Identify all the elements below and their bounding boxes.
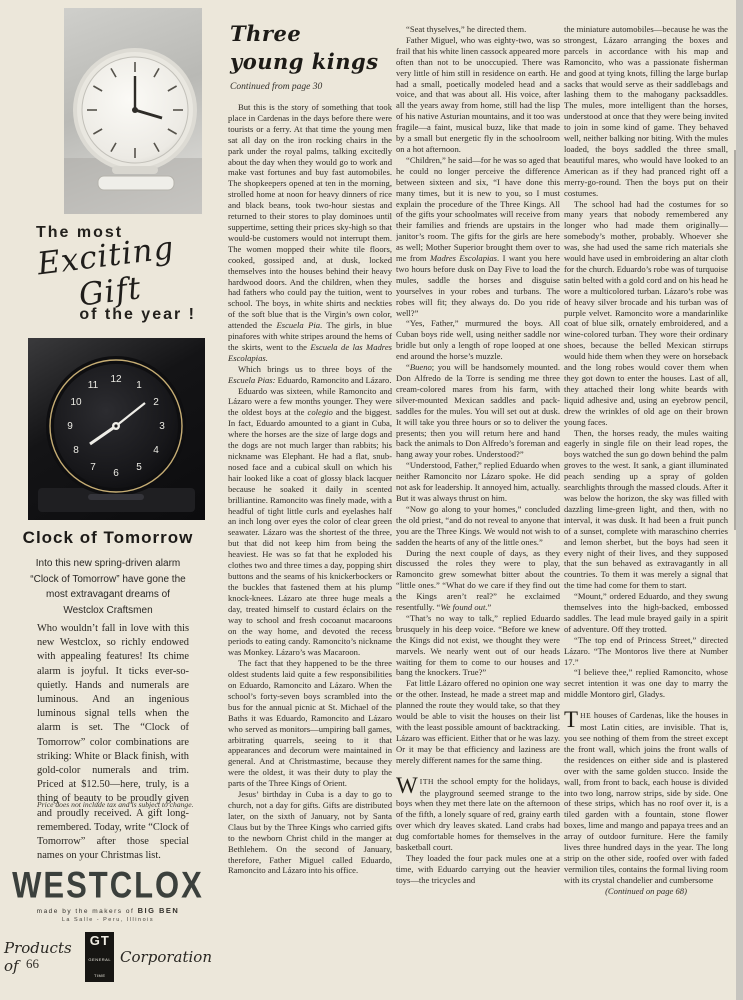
svg-text:10: 10	[70, 397, 82, 408]
paragraph: “The top end of Princess Street,” direct…	[564, 635, 728, 668]
general-time-logo: GT GENERAL TIME	[85, 932, 114, 982]
location-line: La Salle - Peru, Illinois	[4, 917, 212, 923]
drop-cap: W	[396, 776, 420, 795]
paragraph: Which brings us to three boys of the Esc…	[228, 364, 392, 386]
paragraph: They loaded the four pack mules one at a…	[396, 853, 560, 886]
paragraph: “Understood, Father,” replied Eduardo wh…	[396, 460, 560, 504]
svg-text:1: 1	[136, 380, 142, 391]
paragraph: The fact that they happened to be the th…	[228, 658, 392, 789]
ad-caption: Into this new spring-driven alarm “Clock…	[4, 556, 212, 618]
made-by-line: made by the makers of BIG BEN	[4, 906, 212, 915]
lead-capitals: ITH	[420, 777, 434, 786]
svg-text:12: 12	[110, 374, 122, 385]
svg-text:3: 3	[159, 421, 165, 432]
big-ben-name: BIG BEN	[138, 906, 180, 915]
paragraph: THE houses of Cardenas, like the houses …	[564, 710, 728, 886]
article-column-2: “Seat thyselves,” he directed them.Fathe…	[396, 24, 560, 990]
paragraph: Then, the horses ready, the mules waitin…	[564, 428, 728, 592]
paragraph: “That’s no way to talk,” replied Eduardo…	[396, 613, 560, 678]
article-title-line1: Three	[230, 20, 379, 48]
svg-text:7: 7	[90, 462, 96, 473]
white-alarm-clock-photo	[64, 8, 202, 214]
paragraph: “I believe thee,” replied Ramoncito, who…	[564, 667, 728, 700]
paragraph: Eduardo was sixteen, while Ramoncito and…	[228, 386, 392, 659]
paragraph: “Yes, Father,” murmured the boys. All Cu…	[396, 318, 560, 362]
paragraph: But this is the story of something that …	[228, 102, 392, 364]
paragraph: Father Miguel, who was eighty-two, was s…	[396, 35, 560, 155]
svg-text:4: 4	[153, 445, 159, 456]
made-by-prefix: made by the makers of	[37, 908, 138, 915]
ad-product-heading: Clock of Tomorrow	[4, 528, 212, 548]
page-number: 66	[26, 956, 39, 972]
paragraph: Fat little Lázaro offered no opinion one…	[396, 678, 560, 765]
scan-edge	[736, 0, 743, 1000]
paragraph: The school had had the costumes for so m…	[564, 199, 728, 428]
article-column-3: the miniature automobiles—because he was…	[564, 24, 728, 990]
svg-text:11: 11	[88, 380, 99, 391]
magazine-page: The most Exciting Gift of the year ! 121…	[0, 0, 743, 1000]
general-time-label: GENERAL TIME	[88, 957, 111, 978]
ad-price-note: Price does not include tax and is subjec…	[37, 800, 195, 809]
page-edge-shadow	[734, 150, 736, 530]
corporation-script: Corporation	[120, 948, 212, 966]
gt-monogram: GT	[90, 933, 110, 948]
westclox-logo: WESTCLOX	[4, 864, 212, 907]
article-title-line2: young kings	[230, 48, 379, 76]
paragraph: WITH the school empty for the holidays, …	[396, 776, 560, 853]
svg-text:2: 2	[153, 397, 159, 408]
black-alarm-clock-photo: 1212 345 678 91011	[28, 338, 205, 520]
paragraph: the miniature automobiles—because he was…	[564, 24, 728, 199]
svg-text:9: 9	[67, 421, 73, 432]
white-alarm-clock-illustration	[64, 8, 202, 214]
paragraph: Jesus’ birthday in Cuba is a day to go t…	[228, 789, 392, 876]
svg-text:8: 8	[73, 445, 79, 456]
paragraph: “Children,” he said—for he was so aged t…	[396, 155, 560, 319]
paragraph: (Continued on page 68)	[564, 886, 728, 897]
svg-text:6: 6	[113, 468, 119, 479]
article-title: Three young kings	[230, 20, 379, 76]
drop-cap: T	[564, 710, 580, 729]
paragraph: During the next couple of days, as they …	[396, 548, 560, 613]
ad-tagline-line3: of the year !	[8, 306, 196, 324]
products-of-script: Products of	[4, 939, 79, 975]
continued-from-note: Continued from page 30	[230, 82, 322, 92]
paragraph: “Now go along to your homes,” concluded …	[396, 504, 560, 548]
ad-body-text: Who wouldn’t fall in love with this new …	[37, 622, 189, 863]
article-column-1: But this is the story of something that …	[228, 102, 392, 990]
paragraph: “Mount,” ordered Eduardo, and they swung…	[564, 591, 728, 635]
paragraph: “Bueno; you will be handsomely mounted. …	[396, 362, 560, 460]
svg-text:5: 5	[136, 462, 142, 473]
black-alarm-clock-illustration: 1212 345 678 91011	[28, 338, 205, 520]
lead-capitals: HE	[580, 711, 591, 720]
paragraph: “Seat thyselves,” he directed them.	[396, 24, 560, 35]
